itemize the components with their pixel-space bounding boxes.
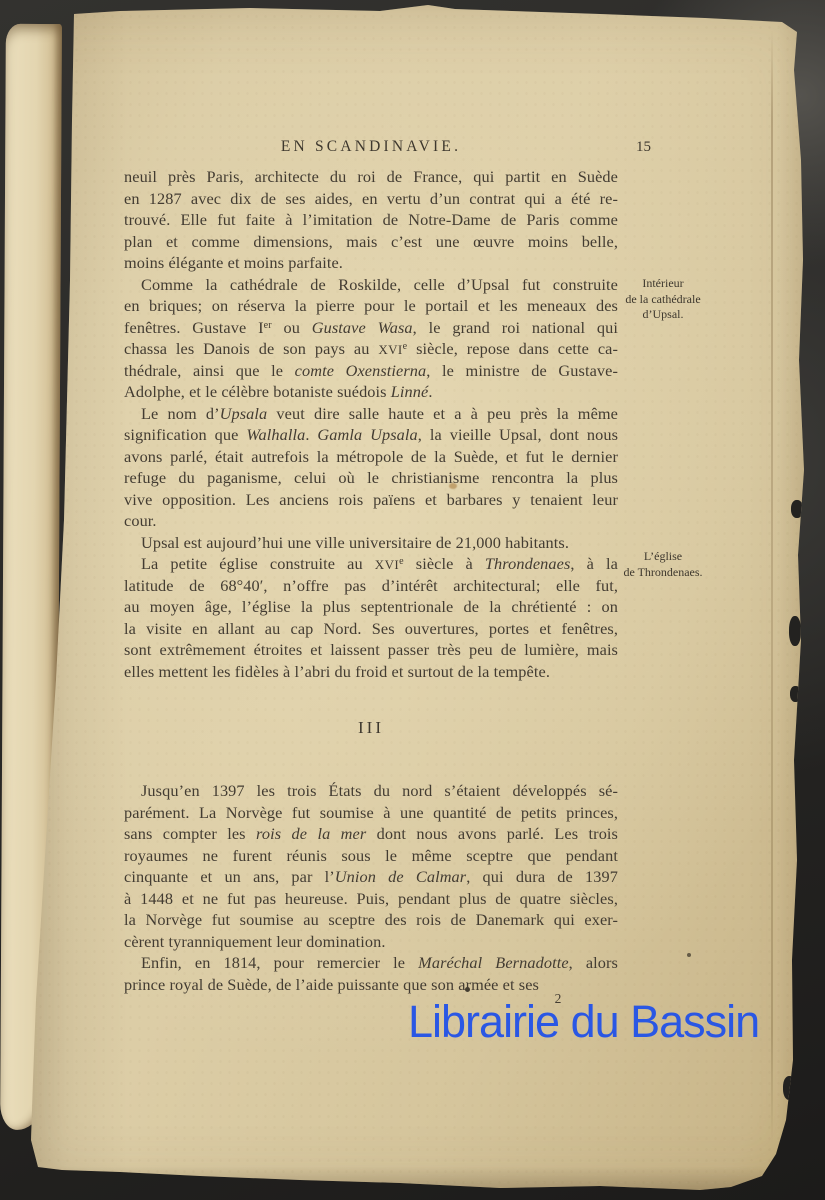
sidenote-line: L’église (612, 549, 714, 565)
text-line: Jusqu’en 1397 les trois États du nord s’… (124, 780, 618, 802)
text-line: cinquante et un ans, par l’Union de Calm… (124, 866, 618, 888)
text-line: Upsal est aujourd’hui une ville universi… (124, 532, 618, 554)
text-line: à 1448 et ne fut pas heureuse. Puis, pen… (124, 888, 618, 910)
section-heading: III (124, 718, 618, 738)
paper-speck (465, 987, 470, 992)
sidenote-cathedrale-upsal: Intérieurde la cathédraled’Upsal. (612, 276, 714, 323)
edge-notch (791, 500, 803, 518)
photo-background: EN SCANDINAVIE. 15 neuil près Paris, arc… (0, 0, 825, 1200)
text-line: moins élégante et moins parfaite. (124, 252, 618, 274)
text-line: cèrent tyranniquement leur domination. (124, 931, 618, 953)
sidenote-eglise-throndenaes: L’églisede Throndenaes. (612, 549, 714, 580)
text-line: neuil près Paris, architecte du roi de F… (124, 166, 618, 188)
text-line: trouvé. Elle fut faite à l’imitation de … (124, 209, 618, 231)
text-line: signification que Walhalla. Gamla Upsala… (124, 424, 618, 446)
edge-notch (783, 1076, 796, 1100)
text-line: chassa les Danois de son pays au XVIe si… (124, 338, 618, 360)
body-text-lower: Jusqu’en 1397 les trois États du nord s’… (124, 780, 618, 995)
paper-speck (687, 953, 691, 957)
text-line: Le nom d’Upsala veut dire salle haute et… (124, 403, 618, 425)
text-line: cour. (124, 510, 618, 532)
edge-notch (790, 686, 801, 702)
text-line: prince royal de Suède, de l’aide puissan… (124, 974, 618, 996)
text-line: la visite en allant au cap Nord. Ses ouv… (124, 618, 618, 640)
edge-notch (789, 616, 801, 646)
text-line: parément. La Norvège fut soumise à une q… (124, 802, 618, 824)
text-line: La petite église construite au XVIe sièc… (124, 553, 618, 575)
text-line: la Norvège fut soumise au sceptre des ro… (124, 909, 618, 931)
text-line: royaumes ne furent réunis sous le même s… (124, 845, 618, 867)
text-line: plan et comme dimensions, mais c’est une… (124, 231, 618, 253)
sidenote-line: de Throndenaes. (612, 565, 714, 581)
text-line: en 1287 avec dix de ses aides, en vertu … (124, 188, 618, 210)
running-header: EN SCANDINAVIE. (124, 138, 618, 156)
text-line: Adolphe, et le célèbre botaniste suédois… (124, 381, 618, 403)
page-number: 15 (636, 139, 666, 156)
body-text-upper: neuil près Paris, architecte du roi de F… (124, 166, 618, 682)
text-line: vive opposition. Les anciens rois païens… (124, 489, 618, 511)
sidenote-line: d’Upsal. (612, 307, 714, 323)
text-line: latitude de 68°40′, n’offre pas d’intérê… (124, 575, 618, 597)
text-line: sans compter les rois de la mer dont nou… (124, 823, 618, 845)
sidenote-line: de la cathédrale (612, 292, 714, 308)
text-line: refuge du paganisme, celui où le christi… (124, 467, 618, 489)
text-line: Enfin, en 1814, pour remercier le Maréch… (124, 952, 618, 974)
text-line: en briques; on réserva la pierre pour le… (124, 295, 618, 317)
text-line: thédrale, ainsi que le comte Oxenstierna… (124, 360, 618, 382)
text-line: elles mettent les fidèles à l’abri du fr… (124, 661, 618, 683)
sidenote-line: Intérieur (612, 276, 714, 292)
bookseller-watermark: Librairie du Bassin (408, 999, 808, 1044)
text-line: avons parlé, était autrefois la métropol… (124, 446, 618, 468)
text-line: Comme la cathédrale de Roskilde, celle d… (124, 274, 618, 296)
text-line: au moyen âge, l’église la plus septentri… (124, 596, 618, 618)
paper-speck (449, 483, 457, 489)
text-line: fenêtres. Gustave Ier ou Gustave Wasa, l… (124, 317, 618, 339)
text-line: sont extrêmement étroites et laissent pa… (124, 639, 618, 661)
